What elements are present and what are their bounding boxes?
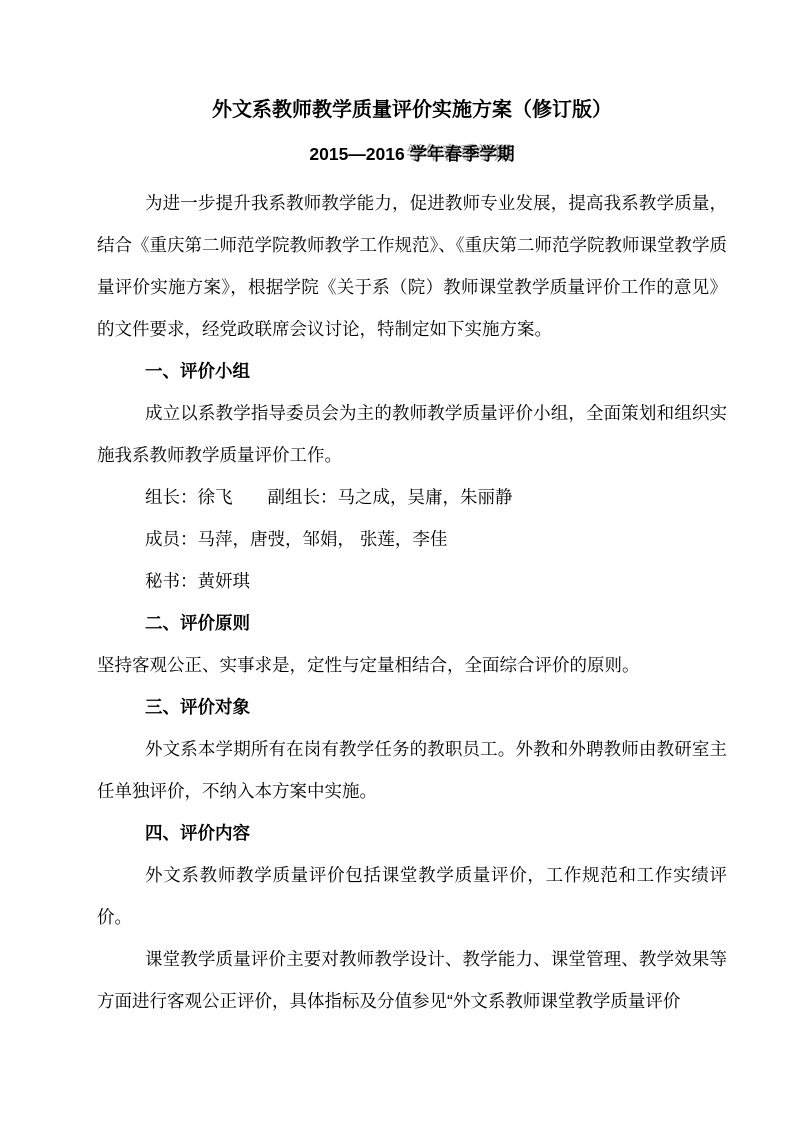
body-paragraph: 外文系教师教学质量评价包括课堂教学质量评价，工作规范和工作实绩评价。 bbox=[97, 854, 727, 938]
body-paragraph: 课堂教学质量评价主要对教师教学设计、教学能力、课堂管理、教学效果等方面进行客观公… bbox=[97, 938, 727, 1022]
document-page: 外文系教师教学质量评价实施方案（修订版） 2015—2016 学年春季学期 为进… bbox=[0, 0, 794, 1123]
document-subtitle: 2015—2016 学年春季学期 bbox=[97, 132, 727, 176]
member-line: 成员：马萍，唐弢，邹娟， 张莲，李佳 bbox=[97, 518, 727, 560]
document-body: 为进一步提升我系教师教学能力，促进教师专业发展，提高我系教学质量，结合《重庆第二… bbox=[97, 182, 727, 1022]
section-heading: 一、评价小组 bbox=[97, 350, 727, 392]
section-heading: 四、评价内容 bbox=[97, 812, 727, 854]
document-content: 外文系教师教学质量评价实施方案（修订版） 2015—2016 学年春季学期 为进… bbox=[97, 88, 727, 1022]
subtitle-session-field: 学年春季学期 bbox=[410, 144, 515, 164]
body-paragraph: 成立以系教学指导委员会为主的教师教学质量评价小组，全面策划和组织实施我系教师教学… bbox=[97, 392, 727, 476]
document-title: 外文系教师教学质量评价实施方案（修订版） bbox=[97, 88, 727, 132]
member-line: 组长：徐飞 副组长：马之成，吴庸，朱丽静 bbox=[97, 476, 727, 518]
body-paragraph: 外文系本学期所有在岗有教学任务的教职员工。外教和外聘教师由教研室主任单独评价，不… bbox=[97, 728, 727, 812]
subtitle-year-range: 2015—2016 bbox=[309, 144, 409, 164]
section-heading: 二、评价原则 bbox=[97, 602, 727, 644]
member-line: 秘书：黄妍琪 bbox=[97, 560, 727, 602]
body-paragraph: 为进一步提升我系教师教学能力，促进教师专业发展，提高我系教学质量，结合《重庆第二… bbox=[97, 182, 727, 350]
body-paragraph: 坚持客观公正、实事求是，定性与定量相结合，全面综合评价的原则。 bbox=[97, 644, 727, 686]
section-heading: 三、评价对象 bbox=[97, 686, 727, 728]
